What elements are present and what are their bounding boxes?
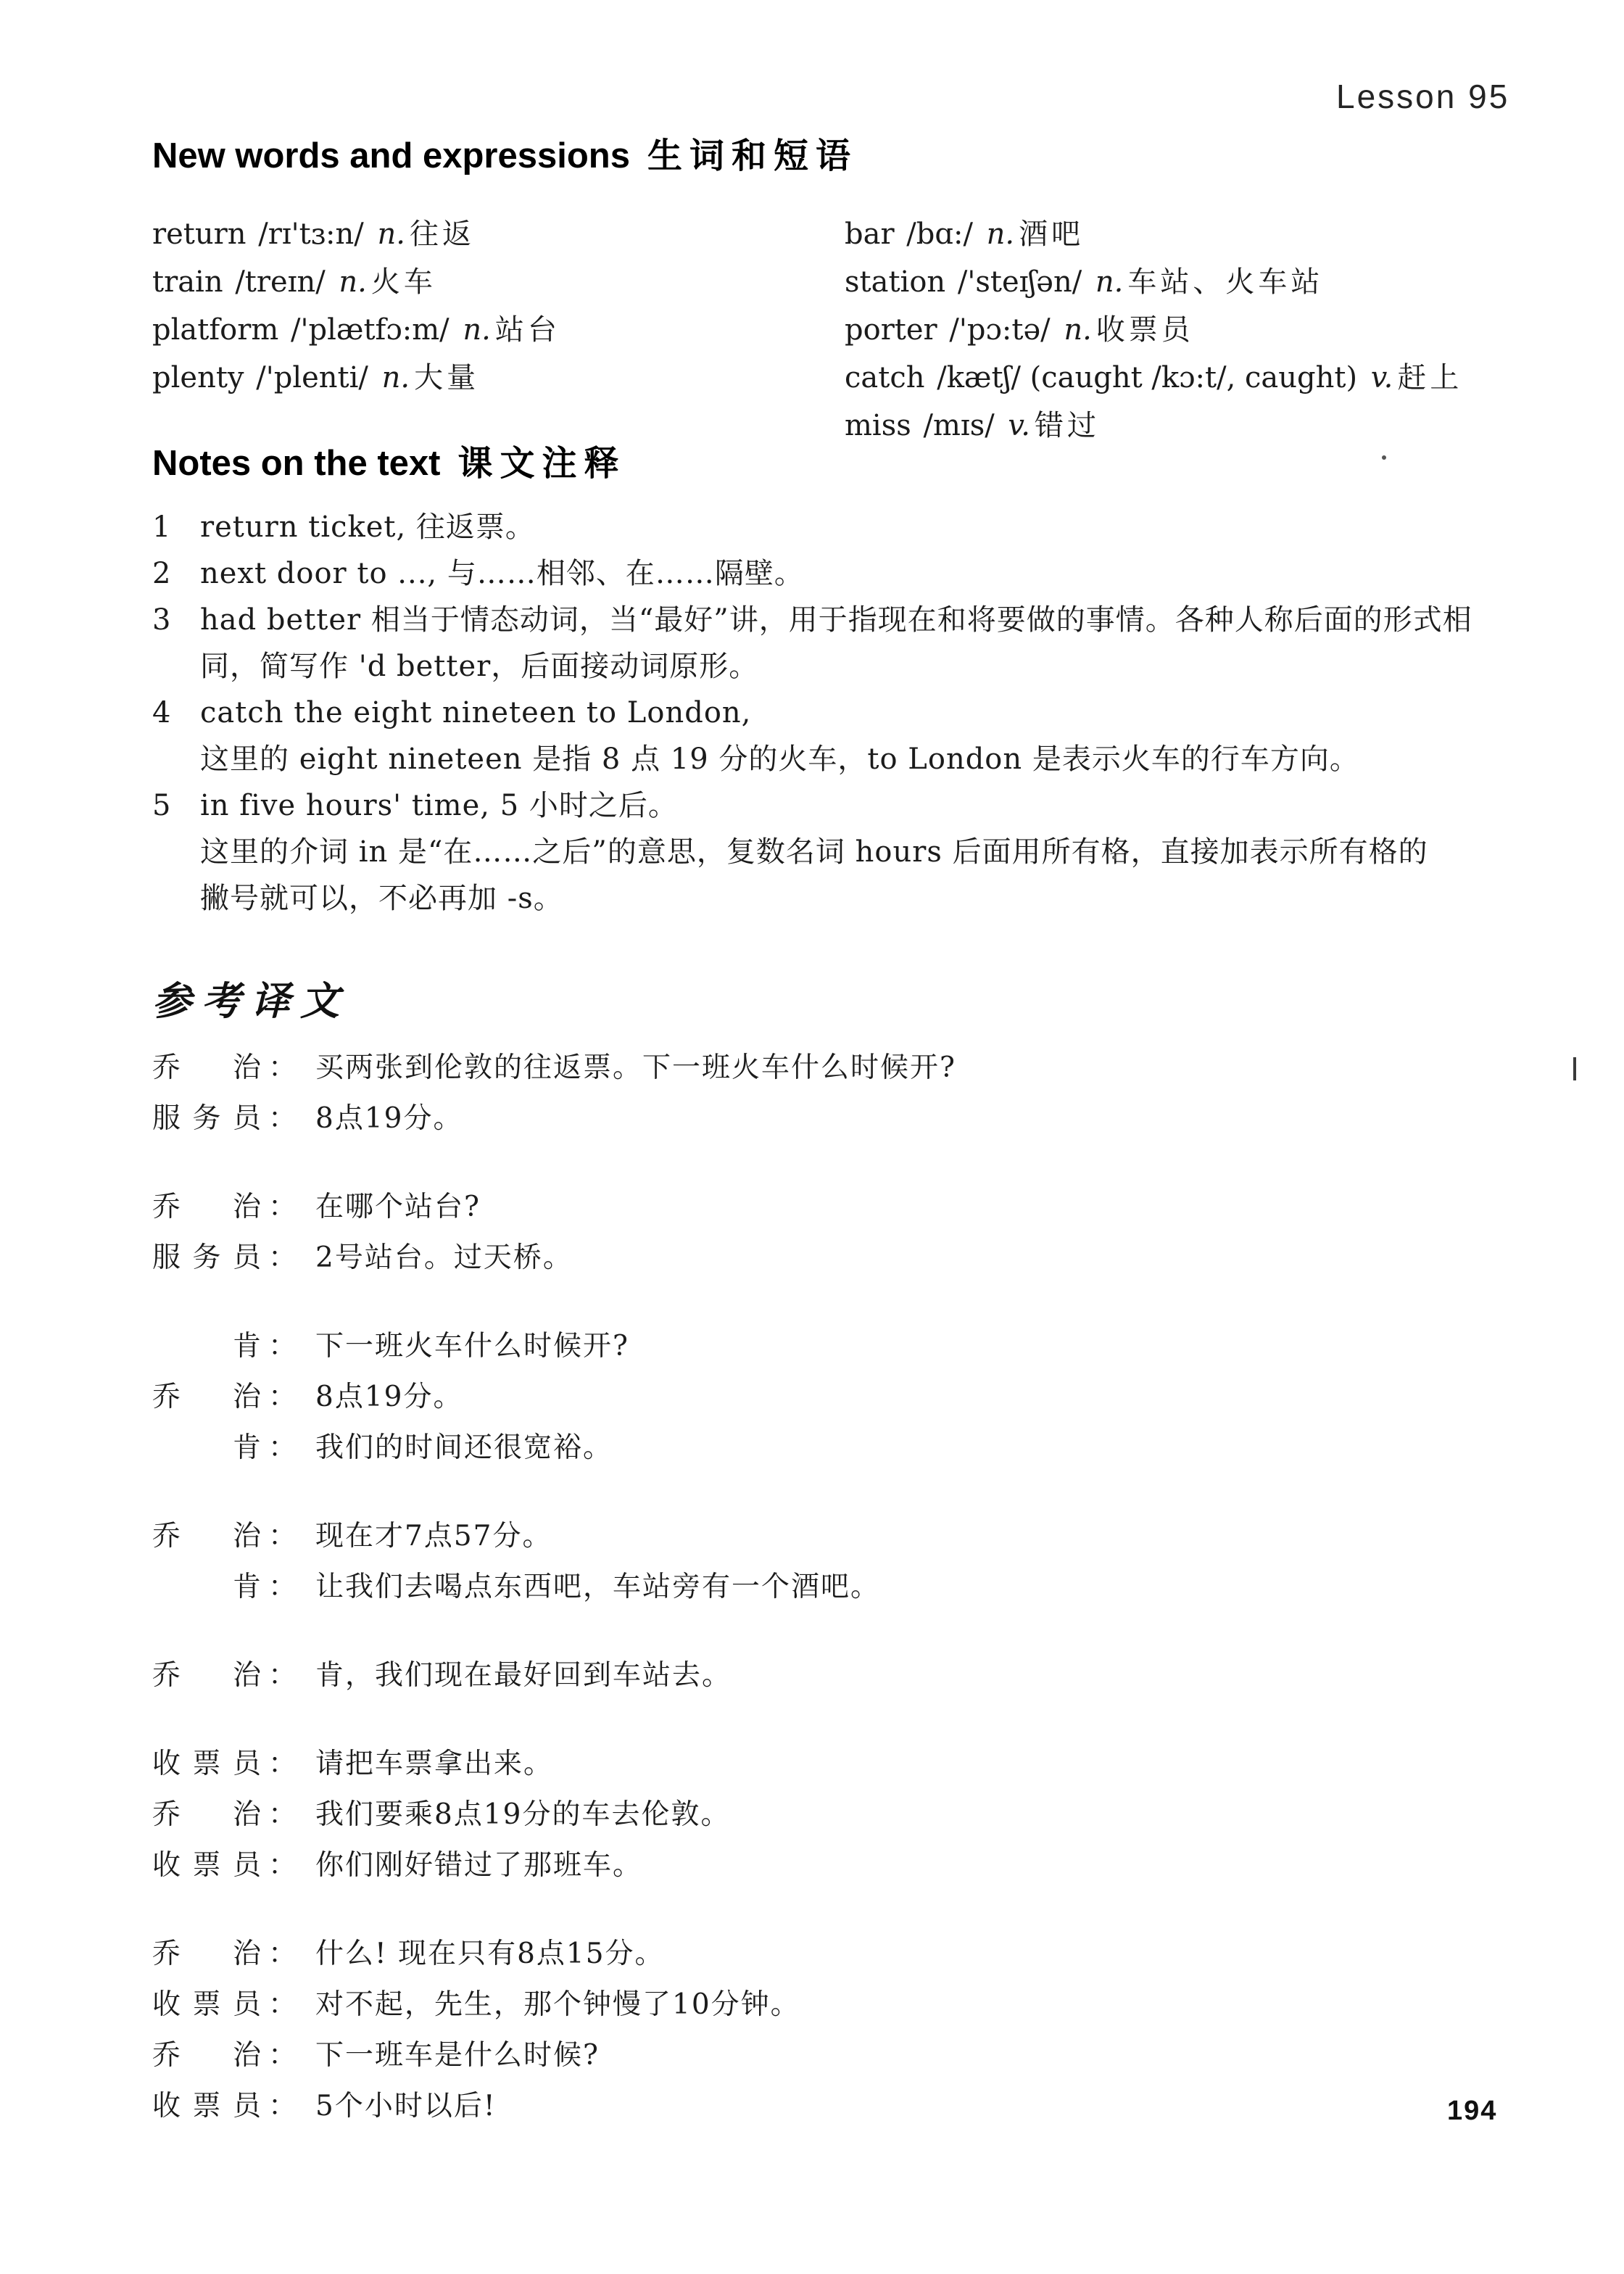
reference-translation-heading: 参考译文 xyxy=(152,970,349,1026)
speaker-colon: ： xyxy=(268,1233,297,1283)
dialogue-line: 乔治：下一班车是什么时候? xyxy=(152,2030,1573,2081)
speaker-label: 肯 xyxy=(152,1562,261,1613)
vocab-meaning: 收票员 xyxy=(1096,313,1194,347)
dialogue-text: 你们刚好错过了那班车。 xyxy=(315,1840,642,1891)
vocab-meaning: 赶上 xyxy=(1397,361,1462,394)
speaker-colon: ： xyxy=(268,1980,297,2030)
speaker-colon: ： xyxy=(268,1321,297,1372)
speaker-char: 服 xyxy=(152,1093,181,1144)
dialogue-line: 乔治：买两张到伦敦的往返票。下一班火车什么时候开? xyxy=(152,1043,1573,1093)
textbook-page: Lesson 95 New words and expressions 生词和短… xyxy=(0,0,1624,2274)
speaker-char: 乔 xyxy=(152,1650,181,1701)
speaker-char: 乔 xyxy=(152,1043,181,1093)
speaker-label: 肯 xyxy=(152,1423,261,1473)
speaker-char: 收 xyxy=(152,2081,181,2132)
speaker-char: 员 xyxy=(233,1739,261,1790)
dialogue-group-3: 肯：下一班火车什么时候开?乔治：8点19分。肯：我们的时间还很宽裕。 xyxy=(152,1321,1573,1473)
speaker-char: 治 xyxy=(233,1372,261,1423)
dialogue-line: 乔治：我们要乘8点19分的车去伦敦。 xyxy=(152,1790,1573,1840)
dialogue-line: 肯：我们的时间还很宽裕。 xyxy=(152,1423,1573,1473)
dialogue-line: 服务员：8点19分。 xyxy=(152,1093,1573,1144)
speaker-char: 乔 xyxy=(152,1372,181,1423)
speaker-colon: ： xyxy=(268,1423,297,1473)
speaker-char: 肯 xyxy=(233,1423,261,1473)
vocab-word: plenty xyxy=(152,361,244,394)
speaker-colon: ： xyxy=(268,1790,297,1840)
speaker-colon: ： xyxy=(268,1372,297,1423)
vocab-word: miss xyxy=(845,409,911,442)
note-text: 撇号就可以，不必再加 -s。 xyxy=(200,875,563,922)
vocab-meaning: 酒吧 xyxy=(1019,218,1084,251)
note-number: 4 xyxy=(152,690,200,736)
speaker-char: 治 xyxy=(233,1650,261,1701)
vocab-phonetic: /rɪ'tɜ:n/ xyxy=(258,218,364,251)
dialogue-text: 我们的时间还很宽裕。 xyxy=(315,1423,613,1473)
speaker-label: 乔治 xyxy=(152,1790,261,1840)
note-5-cont: 撇号就可以，不必再加 -s。 xyxy=(152,875,1595,922)
dialogue-text: 5个小时以后! xyxy=(315,2081,497,2132)
speaker-char: 务 xyxy=(192,1233,220,1283)
vocab-entry-return: return /rɪ'tɜ:n/ n.往返 xyxy=(152,210,560,258)
dialogue-group-1: 乔治：买两张到伦敦的往返票。下一班火车什么时候开?服务员：8点19分。 xyxy=(152,1043,1573,1144)
speaker-colon: ： xyxy=(268,1182,297,1233)
vocab-entry-train: train /treɪn/ n.火车 xyxy=(152,258,560,306)
vocab-word: station xyxy=(845,265,945,299)
speaker-colon: ： xyxy=(268,1043,297,1093)
vocab-word: train xyxy=(152,265,223,299)
vocabulary-right-column: bar /bɑ:/ n.酒吧station /'steɪʃən/ n.车站、火车… xyxy=(845,210,1462,450)
page-number: 194 xyxy=(1447,2096,1497,2127)
dialogue-text: 2号站台。过天桥。 xyxy=(315,1233,573,1283)
speaker-char: 乔 xyxy=(152,1182,181,1233)
speaker-char: 乔 xyxy=(152,1790,181,1840)
speaker-colon: ： xyxy=(268,1739,297,1790)
note-5: 5in five hours' time, 5 小时之后。 xyxy=(152,782,1595,829)
note-number: 3 xyxy=(152,597,200,643)
dialogue-line: 服务员：2号站台。过天桥。 xyxy=(152,1233,1573,1283)
vocab-phonetic: /'plenti/ xyxy=(256,361,368,394)
dialogue-group-6: 收票员：请把车票拿出来。乔治：我们要乘8点19分的车去伦敦。收票员：你们刚好错过… xyxy=(152,1739,1573,1891)
speaker-char: 收 xyxy=(152,1739,181,1790)
note-2: 2next door to ..., 与……相邻、在……隔壁。 xyxy=(152,550,1595,597)
dialogue-line: 收票员：你们刚好错过了那班车。 xyxy=(152,1840,1573,1891)
new-words-heading-en: New words and expressions xyxy=(152,136,630,176)
dialogue-line: 乔治：在哪个站台? xyxy=(152,1182,1573,1233)
speaker-char: 票 xyxy=(192,1840,220,1891)
dialogue-text: 下一班车是什么时候? xyxy=(315,2030,600,2081)
note-3-cont: 同，简写作 'd better，后面接动词原形。 xyxy=(152,643,1595,690)
dialogue-text: 肯，我们现在最好回到车站去。 xyxy=(315,1650,732,1701)
dialogue-text: 请把车票拿出来。 xyxy=(315,1739,553,1790)
new-words-heading: New words and expressions 生词和短语 xyxy=(152,128,858,178)
vocab-phonetic: /mɪs/ xyxy=(924,409,995,442)
vocab-word: platform xyxy=(152,313,278,347)
vocab-phonetic: /'pɔ:tə/ xyxy=(949,313,1050,347)
speaker-label: 服务员 xyxy=(152,1233,261,1283)
speaker-colon: ： xyxy=(268,1650,297,1701)
vocab-entry-porter: porter /'pɔ:tə/ n.收票员 xyxy=(845,306,1462,354)
notes-heading: Notes on the text 课文注释 xyxy=(152,435,626,485)
vocab-pos: n. xyxy=(377,218,405,251)
dialogue-group-2: 乔治：在哪个站台?服务员：2号站台。过天桥。 xyxy=(152,1182,1573,1283)
note-number: 5 xyxy=(152,782,200,829)
speaker-char: 收 xyxy=(152,1840,181,1891)
vocab-phonetic: /kætʃ/ (caught /kɔ:t/, caught) xyxy=(937,361,1357,394)
speaker-char: 乔 xyxy=(152,2030,181,2081)
note-4-cont: 这里的 eight nineteen 是指 8 点 19 分的火车，to Lon… xyxy=(152,736,1595,782)
dialogue-line: 收票员：对不起，先生，那个钟慢了10分钟。 xyxy=(152,1980,1573,2030)
vocab-pos: n. xyxy=(987,218,1014,251)
note-text: 同，简写作 'd better，后面接动词原形。 xyxy=(200,643,758,690)
note-5-cont: 这里的介词 in 是“在……之后”的意思，复数名词 hours 后面用所有格，直… xyxy=(152,829,1595,875)
vocab-meaning: 错过 xyxy=(1035,409,1100,442)
dialogue-translation: 乔治：买两张到伦敦的往返票。下一班火车什么时候开?服务员：8点19分。乔治：在哪… xyxy=(152,1043,1573,2170)
vocab-phonetic: /'steɪʃən/ xyxy=(958,265,1082,299)
vocab-pos: n. xyxy=(463,313,490,347)
speaker-label: 收票员 xyxy=(152,2081,261,2132)
speaker-char: 乔 xyxy=(152,1511,181,1562)
speaker-char: 票 xyxy=(192,1739,220,1790)
dialogue-line: 乔治：现在才7点57分。 xyxy=(152,1511,1573,1562)
vocab-entry-miss: miss /mɪs/ v.错过 xyxy=(845,402,1462,450)
note-number xyxy=(152,829,200,875)
speaker-char: 员 xyxy=(233,1093,261,1144)
vocab-entry-station: station /'steɪʃən/ n.车站、火车站 xyxy=(845,258,1462,306)
dialogue-line: 乔治：肯，我们现在最好回到车站去。 xyxy=(152,1650,1573,1701)
vocab-meaning: 往返 xyxy=(410,218,475,251)
speaker-colon: ： xyxy=(268,1929,297,1980)
vocab-word: porter xyxy=(845,313,937,347)
vocabulary-section: return /rɪ'tɜ:n/ n.往返train /treɪn/ n.火车p… xyxy=(152,210,1573,457)
speaker-char: 治 xyxy=(233,1929,261,1980)
note-text: 这里的 eight nineteen 是指 8 点 19 分的火车，to Lon… xyxy=(200,736,1359,782)
vocab-word: bar xyxy=(845,218,895,251)
dialogue-text: 8点19分。 xyxy=(315,1093,463,1144)
dialogue-line: 乔治：什么! 现在只有8点15分。 xyxy=(152,1929,1573,1980)
dialogue-line: 收票员：请把车票拿出来。 xyxy=(152,1739,1573,1790)
speaker-char: 治 xyxy=(233,2030,261,2081)
vocab-phonetic: /bɑ:/ xyxy=(906,218,973,251)
note-number: 2 xyxy=(152,550,200,597)
vocab-pos: v. xyxy=(1008,409,1030,442)
speaker-label: 收票员 xyxy=(152,1739,261,1790)
speaker-char: 务 xyxy=(192,1093,220,1144)
speaker-char: 服 xyxy=(152,1233,181,1283)
notes-heading-zh: 课文注释 xyxy=(457,435,626,485)
note-text: next door to ..., 与……相邻、在……隔壁。 xyxy=(200,550,804,597)
dialogue-text: 现在才7点57分。 xyxy=(315,1511,552,1562)
dialogue-line: 乔治：8点19分。 xyxy=(152,1372,1573,1423)
speaker-char: 肯 xyxy=(233,1321,261,1372)
dialogue-text: 在哪个站台? xyxy=(315,1182,481,1233)
speaker-colon: ： xyxy=(268,1840,297,1891)
dialogue-text: 对不起，先生，那个钟慢了10分钟。 xyxy=(315,1980,800,2030)
dialogue-line: 收票员：5个小时以后! xyxy=(152,2081,1573,2132)
speaker-label: 乔治 xyxy=(152,1511,261,1562)
dialogue-group-5: 乔治：肯，我们现在最好回到车站去。 xyxy=(152,1650,1573,1701)
scan-artifact-tick xyxy=(1573,1057,1576,1080)
vocab-meaning: 火车 xyxy=(371,265,436,299)
notes-heading-en: Notes on the text xyxy=(152,443,440,484)
dialogue-text: 什么! 现在只有8点15分。 xyxy=(315,1929,665,1980)
vocab-pos: n. xyxy=(1095,265,1123,299)
speaker-label: 肯 xyxy=(152,1321,261,1372)
note-text: in five hours' time, 5 小时之后。 xyxy=(200,782,678,829)
note-number: 1 xyxy=(152,504,200,550)
note-text: return ticket, 往返票。 xyxy=(200,504,535,550)
speaker-char: 员 xyxy=(233,2081,261,2132)
vocab-phonetic: /treɪn/ xyxy=(235,265,325,299)
lesson-label: Lesson 95 xyxy=(1336,77,1509,116)
speaker-char: 治 xyxy=(233,1043,261,1093)
speaker-label: 乔治 xyxy=(152,1043,261,1093)
dialogue-text: 我们要乘8点19分的车去伦敦。 xyxy=(315,1790,730,1840)
dialogue-text: 让我们去喝点东西吧，车站旁有一个酒吧。 xyxy=(315,1562,880,1613)
speaker-label: 乔治 xyxy=(152,1650,261,1701)
speaker-char: 治 xyxy=(233,1511,261,1562)
speaker-colon: ： xyxy=(268,1511,297,1562)
speaker-label: 乔治 xyxy=(152,2030,261,2081)
vocab-word: catch xyxy=(845,361,925,394)
vocab-pos: n. xyxy=(382,361,410,394)
dialogue-text: 下一班火车什么时候开? xyxy=(315,1321,629,1372)
speaker-label: 乔治 xyxy=(152,1182,261,1233)
dialogue-line: 肯：让我们去喝点东西吧，车站旁有一个酒吧。 xyxy=(152,1562,1573,1613)
speaker-char: 治 xyxy=(233,1790,261,1840)
vocab-phonetic: /'plætfɔ:m/ xyxy=(291,313,449,347)
speaker-colon: ： xyxy=(268,2030,297,2081)
vocab-entry-platform: platform /'plætfɔ:m/ n.站台 xyxy=(152,306,560,354)
speaker-label: 服务员 xyxy=(152,1093,261,1144)
speaker-char: 员 xyxy=(233,1840,261,1891)
note-text: had better 相当于情态动词，当“最好”讲，用于指现在和将要做的事情。各… xyxy=(200,597,1472,643)
vocab-meaning: 车站、火车站 xyxy=(1127,265,1323,299)
speaker-char: 乔 xyxy=(152,1929,181,1980)
speaker-colon: ： xyxy=(268,1093,297,1144)
dialogue-group-4: 乔治：现在才7点57分。肯：让我们去喝点东西吧，车站旁有一个酒吧。 xyxy=(152,1511,1573,1613)
speaker-char: 票 xyxy=(192,2081,220,2132)
new-words-heading-zh: 生词和短语 xyxy=(647,128,858,178)
dialogue-group-7: 乔治：什么! 现在只有8点15分。收票员：对不起，先生，那个钟慢了10分钟。乔治… xyxy=(152,1929,1573,2132)
note-text: catch the eight nineteen to London, xyxy=(200,690,751,736)
speaker-char: 肯 xyxy=(233,1562,261,1613)
speaker-colon: ： xyxy=(268,2081,297,2132)
note-number xyxy=(152,736,200,782)
vocab-entry-plenty: plenty /'plenti/ n.大量 xyxy=(152,354,560,402)
vocab-pos: n. xyxy=(1064,313,1091,347)
speaker-char: 收 xyxy=(152,1980,181,2030)
vocab-meaning: 大量 xyxy=(414,361,479,394)
vocab-pos: v. xyxy=(1371,361,1393,394)
scan-speck xyxy=(1112,856,1116,859)
vocab-meaning: 站台 xyxy=(495,313,560,347)
dialogue-text: 8点19分。 xyxy=(315,1372,463,1423)
speaker-label: 乔治 xyxy=(152,1372,261,1423)
scan-speck xyxy=(1382,455,1386,460)
note-1: 1return ticket, 往返票。 xyxy=(152,504,1595,550)
vocab-pos: n. xyxy=(339,265,366,299)
speaker-colon: ： xyxy=(268,1562,297,1613)
speaker-char: 票 xyxy=(192,1980,220,2030)
speaker-char: 治 xyxy=(233,1182,261,1233)
vocabulary-left-column: return /rɪ'tɜ:n/ n.往返train /treɪn/ n.火车p… xyxy=(152,210,560,402)
notes-list: 1return ticket, 往返票。2next door to ..., 与… xyxy=(152,504,1595,922)
vocab-entry-catch: catch /kætʃ/ (caught /kɔ:t/, caught) v.赶… xyxy=(845,354,1462,402)
dialogue-text: 买两张到伦敦的往返票。下一班火车什么时候开? xyxy=(315,1043,956,1093)
vocab-entry-bar: bar /bɑ:/ n.酒吧 xyxy=(845,210,1462,258)
speaker-label: 乔治 xyxy=(152,1929,261,1980)
dialogue-line: 肯：下一班火车什么时候开? xyxy=(152,1321,1573,1372)
speaker-label: 收票员 xyxy=(152,1980,261,2030)
speaker-char: 员 xyxy=(233,1233,261,1283)
note-number xyxy=(152,643,200,690)
note-number xyxy=(152,875,200,922)
vocab-word: return xyxy=(152,218,246,251)
speaker-label: 收票员 xyxy=(152,1840,261,1891)
speaker-char: 员 xyxy=(233,1980,261,2030)
note-text: 这里的介词 in 是“在……之后”的意思，复数名词 hours 后面用所有格，直… xyxy=(200,829,1428,875)
note-4: 4catch the eight nineteen to London, xyxy=(152,690,1595,736)
note-3: 3had better 相当于情态动词，当“最好”讲，用于指现在和将要做的事情。… xyxy=(152,597,1595,643)
